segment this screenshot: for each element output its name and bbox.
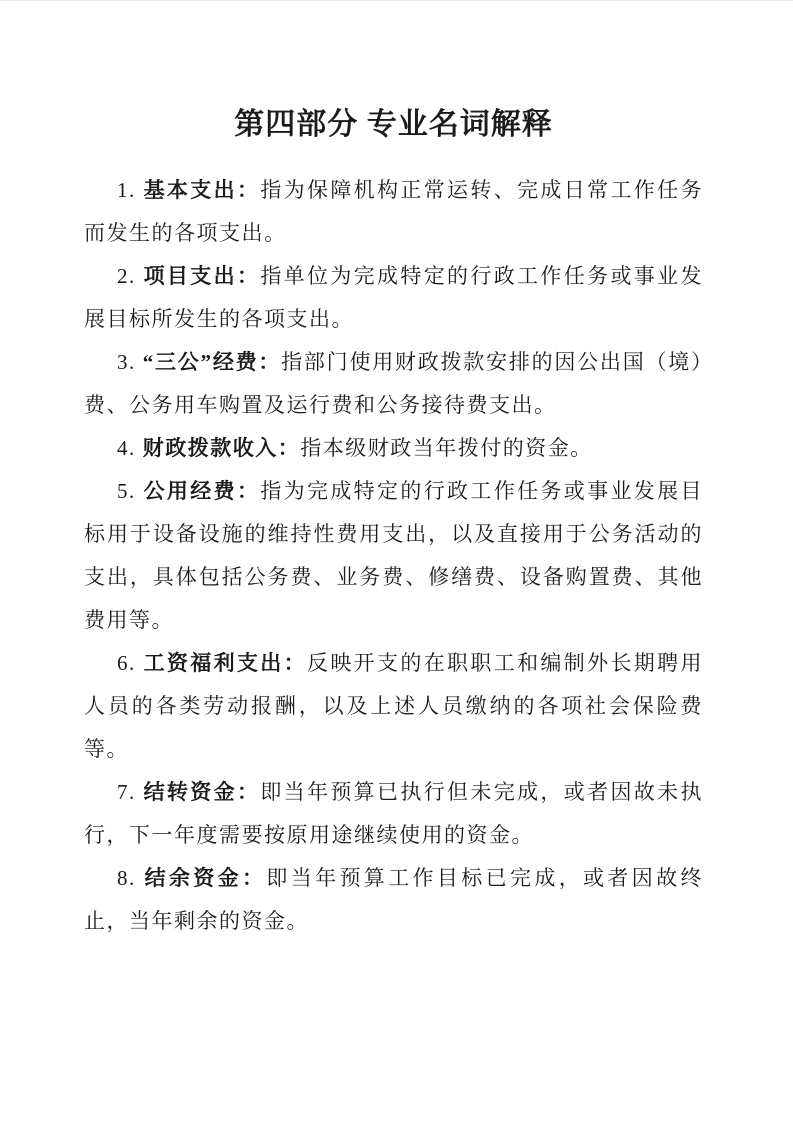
document-page: 第四部分 专业名词解释 1.基本支出：指为保障机构正常运转、完成日常工作任务而发… [0,0,793,1122]
item-term: “三公”经费： [143,350,281,374]
glossary-item-1: 1.基本支出：指为保障机构正常运转、完成日常工作任务而发生的各项支出。 [84,169,703,255]
item-number: 5. [117,479,136,503]
glossary-item-4: 4.财政拨款收入：指本级财政当年拨付的资金。 [84,427,703,470]
glossary-item-3: 3.“三公”经费：指部门使用财政拨款安排的因公出国（境）费、公务用车购置及运行费… [84,341,703,427]
item-term: 结余资金： [143,866,267,890]
item-number: 1. [117,178,136,202]
glossary-item-6: 6.工资福利支出：反映开支的在职职工和编制外长期聘用人员的各类劳动报酬，以及上述… [84,642,703,771]
item-definition: 指本级财政当年拨付的资金。 [300,436,593,460]
item-term: 项目支出： [143,264,261,288]
item-term: 财政拨款收入： [143,436,301,460]
page-title: 第四部分 专业名词解释 [84,105,703,145]
item-number: 2. [117,264,136,288]
item-number: 4. [117,436,136,460]
item-term: 基本支出： [143,178,261,202]
glossary-item-5: 5.公用经费：指为完成特定的行政工作任务或事业发展目标用于设备设施的维持性费用支… [84,470,703,642]
item-number: 3. [117,350,136,374]
item-number: 6. [117,651,136,675]
glossary-content: 1.基本支出：指为保障机构正常运转、完成日常工作任务而发生的各项支出。 2.项目… [84,169,703,943]
item-term: 结转资金： [143,780,261,804]
glossary-item-2: 2.项目支出：指单位为完成特定的行政工作任务或事业发展目标所发生的各项支出。 [84,255,703,341]
item-term: 公用经费： [143,479,261,503]
glossary-item-8: 8.结余资金：即当年预算工作目标已完成，或者因故终止，当年剩余的资金。 [84,857,703,943]
item-number: 7. [117,780,136,804]
item-term: 工资福利支出： [143,651,307,675]
glossary-item-7: 7.结转资金：即当年预算已执行但未完成，或者因故未执行，下一年度需要按原用途继续… [84,771,703,857]
item-number: 8. [117,866,136,890]
